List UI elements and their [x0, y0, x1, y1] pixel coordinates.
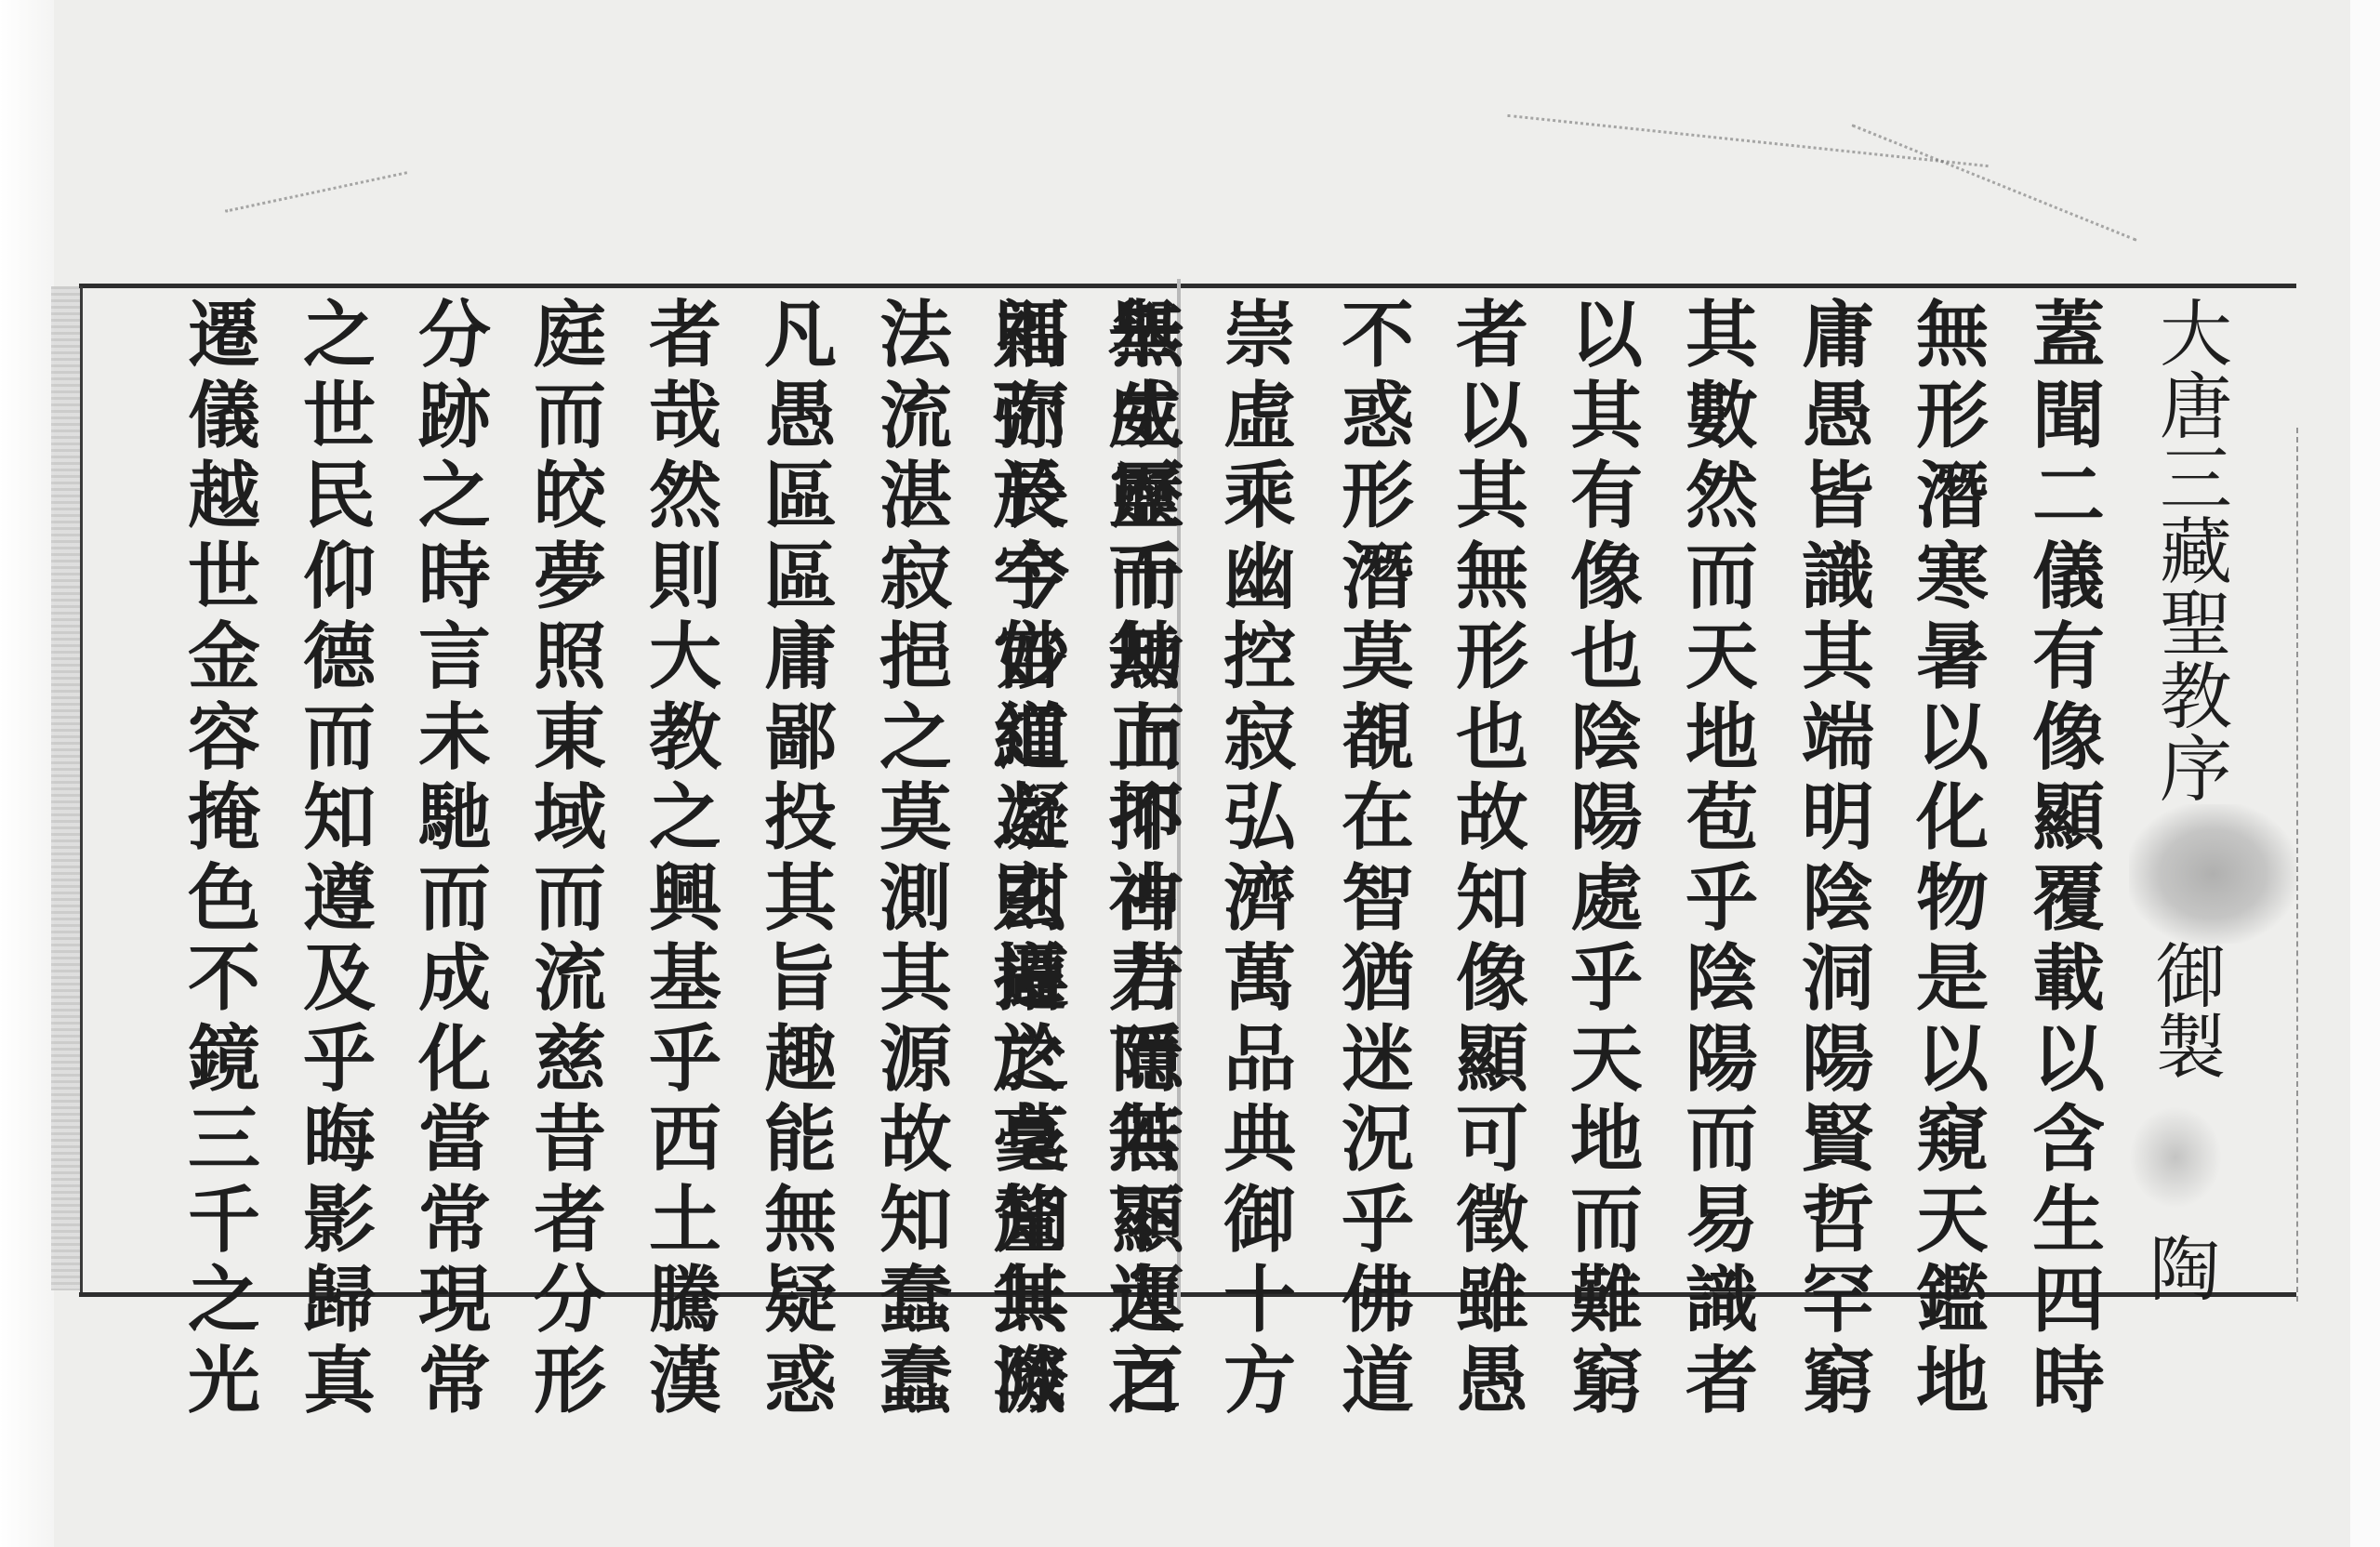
character-glyph: 千 [178, 1181, 271, 1262]
character-glyph: 道 [1331, 1342, 1424, 1422]
character-glyph: 馳 [408, 778, 501, 859]
character-glyph: 形 [523, 1342, 616, 1422]
character-glyph: 幽 [1213, 537, 1306, 618]
character-glyph: 雖 [1446, 1261, 1539, 1342]
text-column-13: 法流湛寂挹之莫測其源故知蠢蠢 [865, 296, 967, 1421]
text-column-2: 無形潛寒暑以化物是以窺天鑑地 [1901, 296, 2003, 1421]
character-glyph: 知 [293, 778, 386, 859]
character-glyph: 窮 [1792, 1342, 1884, 1422]
character-glyph: 今 [986, 537, 1079, 618]
text-column-15: 者哉然則大教之興基乎西土騰漢 [634, 296, 736, 1421]
title-column: 大唐三藏聖教序 [2132, 296, 2234, 803]
frame-left-band [51, 286, 81, 1290]
character-glyph: 哉 [639, 377, 732, 457]
character-glyph: 鄙 [754, 698, 847, 779]
character-glyph: 故 [1446, 778, 1539, 859]
character-glyph: 漢 [639, 1342, 732, 1422]
character-glyph: 昔 [523, 1100, 616, 1181]
character-glyph: 然 [639, 456, 732, 537]
character-glyph: 徵 [1446, 1181, 1539, 1262]
character-glyph: 言 [408, 617, 501, 698]
character-glyph: 仰 [293, 537, 386, 618]
text-column-1: 蓋聞二儀有像顯覆載以含生四時 [2017, 296, 2120, 1421]
character-glyph: 其 [986, 1261, 1079, 1342]
character-glyph: 以 [1446, 377, 1539, 457]
character-glyph: 生 [2022, 1181, 2115, 1262]
character-glyph: 皆 [1792, 456, 1884, 537]
character-glyph: 佛 [1331, 1261, 1424, 1342]
character-glyph: 寂 [1213, 698, 1306, 779]
character-glyph: 智 [1331, 859, 1424, 940]
character-glyph: 乎 [1675, 859, 1768, 940]
character-glyph: 識 [1792, 537, 1884, 618]
character-glyph: 百 [1102, 1342, 1195, 1422]
character-glyph: 莫 [869, 778, 962, 859]
character-glyph: 乎 [639, 1020, 732, 1101]
character-glyph: 若 [1102, 939, 1195, 1020]
character-glyph: 挹 [869, 617, 962, 698]
character-glyph: 端 [1792, 698, 1884, 779]
character-glyph: 福 [986, 296, 1079, 377]
character-glyph: 有 [1560, 456, 1653, 537]
column-text: 崇虛乘幽控寂弘濟萬品典御十方 [1213, 296, 1306, 1421]
character-glyph: 御 [1213, 1181, 1306, 1262]
character-glyph: 陽 [1560, 778, 1653, 859]
character-glyph: 有 [2022, 617, 2115, 698]
character-glyph: 照 [523, 617, 616, 698]
text-column-14: 凡愚區區庸鄙投其旨趣能無疑惑 [749, 296, 852, 1421]
text-column-5: 以其有像也陰陽處乎天地而難窮 [1555, 296, 1658, 1421]
character-glyph: 明 [1792, 778, 1884, 859]
character-glyph: 區 [754, 456, 847, 537]
column-text: 福而長今妙道凝玄遵之莫知其際 [986, 296, 1079, 1421]
character-glyph: 惑 [1331, 377, 1424, 457]
character-glyph: 而 [523, 377, 616, 457]
character-glyph: 以 [1560, 296, 1653, 377]
character-glyph: 惑 [754, 1342, 847, 1422]
character-glyph: 其 [1792, 617, 1884, 698]
character-glyph: 窺 [1906, 1100, 1999, 1181]
character-glyph: 以 [1906, 1020, 1999, 1101]
character-glyph: 騰 [639, 1261, 732, 1342]
character-glyph: 蠢 [869, 1261, 962, 1342]
text-column-8: 崇虛乘幽控寂弘濟萬品典御十方 [1209, 296, 1311, 1421]
character-glyph: 莫 [986, 1100, 1079, 1181]
character-glyph: 二 [2022, 456, 2115, 537]
character-glyph: 流 [869, 377, 962, 457]
character-glyph: 歸 [293, 1261, 386, 1342]
character-glyph: 古 [1102, 859, 1195, 940]
column-text: 無形潛寒暑以化物是以窺天鑑地 [1906, 296, 1999, 1421]
character-glyph: 處 [1560, 859, 1653, 940]
character-glyph: 掩 [178, 778, 271, 859]
character-glyph: 不 [178, 939, 271, 1020]
text-column-7: 不惑形潛莫覩在智猶迷況乎佛道 [1327, 296, 1429, 1421]
character-glyph: 乘 [1213, 456, 1306, 537]
character-glyph: 流 [523, 939, 616, 1020]
column-text: 凡愚區區庸鄙投其旨趣能無疑惑 [754, 296, 847, 1421]
character-glyph: 晦 [293, 1100, 386, 1181]
column-text: 無生歷千劫而不古若隱若顯運百 [1102, 296, 1195, 1421]
character-glyph: 形 [1331, 456, 1424, 537]
character-glyph: 陰 [1675, 939, 1768, 1020]
character-glyph: 物 [1906, 859, 1999, 940]
character-glyph: 聞 [2022, 377, 2115, 457]
character-glyph: 法 [869, 296, 962, 377]
character-glyph: 像 [1446, 939, 1539, 1020]
character-glyph: 陰 [1792, 859, 1884, 940]
character-glyph: 者 [523, 1181, 616, 1262]
character-glyph: 儀 [178, 377, 271, 457]
character-glyph: 無 [754, 1181, 847, 1262]
character-glyph: 德 [293, 617, 386, 698]
seal-smudge [2129, 804, 2296, 944]
character-glyph: 常 [408, 1181, 501, 1262]
text-column-3: 庸愚皆識其端明陰洞陽賢哲罕窮 [1787, 296, 1889, 1421]
character-glyph: 鏡 [178, 1020, 271, 1101]
character-glyph: 民 [293, 456, 386, 537]
character-glyph: 天 [1560, 1020, 1653, 1101]
character-glyph: 蓋 [2022, 296, 2115, 377]
character-glyph: 顯 [1446, 1020, 1539, 1101]
character-glyph: 陽 [1675, 1020, 1768, 1101]
character-glyph: 而 [523, 859, 616, 940]
character-glyph: 源 [869, 1020, 962, 1101]
character-glyph: 影 [293, 1181, 386, 1262]
character-glyph: 乎 [1331, 1181, 1424, 1262]
character-glyph: 覩 [1331, 698, 1424, 779]
character-glyph: 儀 [2022, 537, 2115, 618]
character-glyph: 萬 [1213, 939, 1306, 1020]
character-glyph: 以 [1906, 698, 1999, 779]
character-glyph: 化 [1906, 778, 1999, 859]
character-glyph: 天 [1906, 1181, 1999, 1262]
character-glyph: 數 [1675, 377, 1768, 457]
column-text: 其數然而天地苞乎陰陽而易識者 [1675, 296, 1768, 1421]
character-glyph: 土 [639, 1181, 732, 1262]
character-glyph: 光 [178, 1342, 271, 1422]
character-glyph: 測 [869, 859, 962, 940]
character-glyph: 旨 [754, 939, 847, 1020]
column-text: 法流湛寂挹之莫測其源故知蠢蠢 [869, 296, 962, 1421]
column-text: 者哉然則大教之興基乎西土騰漢 [639, 296, 732, 1421]
character-glyph: 夢 [523, 537, 616, 618]
character-glyph: 妙 [986, 617, 1079, 698]
character-glyph: 含 [2022, 1100, 2115, 1181]
character-glyph: 地 [1560, 1100, 1653, 1181]
character-glyph: 越 [178, 456, 271, 537]
character-glyph: 其 [754, 859, 847, 940]
character-glyph: 況 [1331, 1100, 1424, 1181]
character-glyph: 成 [408, 939, 501, 1020]
character-glyph: 可 [1446, 1100, 1539, 1181]
character-glyph: 窮 [1560, 1342, 1653, 1422]
character-glyph: 無 [1102, 296, 1195, 377]
character-glyph: 崇 [1213, 296, 1306, 377]
character-glyph: 若 [1102, 1100, 1195, 1181]
character-glyph: 品 [1213, 1020, 1306, 1101]
character-glyph: 地 [1906, 1342, 1999, 1422]
character-glyph: 運 [1102, 1261, 1195, 1342]
character-glyph: 以 [2022, 1020, 2115, 1101]
character-glyph: 慈 [523, 1020, 616, 1101]
character-glyph: 天 [1675, 617, 1768, 698]
character-glyph: 虛 [1213, 377, 1306, 457]
character-glyph: 在 [1331, 778, 1424, 859]
character-glyph: 顯 [1102, 1181, 1195, 1262]
character-glyph: 大 [639, 617, 732, 698]
text-column-12: 福而長今妙道凝玄遵之莫知其際 [982, 296, 1084, 1421]
character-glyph: 東 [523, 698, 616, 779]
character-glyph: 覆 [2022, 859, 2115, 940]
character-glyph: 色 [178, 859, 271, 940]
character-glyph: 生 [1102, 377, 1195, 457]
character-glyph: 而 [1102, 698, 1195, 779]
carver-mark: 陶 [2138, 1213, 2231, 1315]
character-glyph: 未 [408, 698, 501, 779]
character-glyph: 之 [639, 778, 732, 859]
character-glyph: 西 [639, 1100, 732, 1181]
character-glyph: 域 [523, 778, 616, 859]
character-glyph: 而 [293, 698, 386, 779]
column-text: 者以其無形也故知像顯可徵雖愚 [1446, 296, 1539, 1421]
character-glyph: 載 [2022, 939, 2115, 1020]
character-glyph: 方 [1213, 1342, 1306, 1422]
character-glyph: 千 [1102, 537, 1195, 618]
character-glyph: 其 [869, 939, 962, 1020]
character-glyph: 控 [1213, 617, 1306, 698]
character-glyph: 愚 [754, 377, 847, 457]
character-glyph: 而 [1560, 1181, 1653, 1262]
character-glyph: 然 [1675, 456, 1768, 537]
character-glyph: 寒 [1906, 537, 1999, 618]
character-glyph: 無 [1906, 296, 1999, 377]
frame-left-rule [80, 286, 83, 1292]
character-glyph: 其 [1560, 377, 1653, 457]
character-glyph: 世 [293, 377, 386, 457]
column-text: 分跡之時言未馳而成化當常現常 [408, 296, 501, 1421]
column-text: 庸愚皆識其端明陰洞陽賢哲罕窮 [1792, 296, 1884, 1421]
character-glyph: 莫 [1331, 617, 1424, 698]
character-glyph: 跡 [408, 377, 501, 457]
character-glyph: 庸 [1792, 296, 1884, 377]
character-glyph: 乎 [1560, 939, 1653, 1020]
character-glyph: 賢 [1792, 1100, 1884, 1181]
character-glyph: 區 [754, 537, 847, 618]
character-glyph: 遷 [178, 296, 271, 377]
character-glyph: 無 [1446, 537, 1539, 618]
column-text: 遷儀越世金容掩色不鏡三千之光 [178, 296, 271, 1421]
character-glyph: 世 [178, 537, 271, 618]
character-glyph: 道 [986, 698, 1079, 779]
character-glyph: 之 [293, 296, 386, 377]
character-glyph: 現 [408, 1261, 501, 1342]
character-glyph: 興 [639, 859, 732, 940]
author-mark: 御製 [2138, 939, 2231, 1080]
character-glyph: 弘 [1213, 778, 1306, 859]
character-glyph: 遵 [986, 939, 1079, 1020]
character-glyph: 潛 [1906, 456, 1999, 537]
text-column-16: 庭而皎夢照東域而流慈昔者分形 [519, 296, 621, 1421]
character-glyph: 知 [869, 1181, 962, 1262]
character-glyph: 易 [1675, 1181, 1768, 1262]
character-glyph: 玄 [986, 859, 1079, 940]
character-glyph: 故 [869, 1100, 962, 1181]
frame-right-rule [2296, 428, 2300, 1302]
character-glyph: 能 [754, 1100, 847, 1181]
character-glyph: 之 [869, 698, 962, 779]
column-text: 之世民仰德而知遵及乎晦影歸真 [293, 296, 386, 1421]
character-glyph: 金 [178, 617, 271, 698]
character-glyph: 皎 [523, 456, 616, 537]
character-glyph: 知 [1446, 859, 1539, 940]
character-glyph: 基 [639, 939, 732, 1020]
character-glyph: 時 [408, 537, 501, 618]
scan-right-margin [2350, 0, 2380, 1547]
character-glyph: 潛 [1331, 537, 1424, 618]
character-glyph: 而 [408, 859, 501, 940]
character-glyph: 則 [639, 537, 732, 618]
character-glyph: 不 [1102, 778, 1195, 859]
character-glyph: 凝 [986, 778, 1079, 859]
character-glyph: 庭 [523, 296, 616, 377]
character-glyph: 而 [986, 377, 1079, 457]
character-glyph: 時 [2022, 1342, 2115, 1422]
scan-left-margin [0, 0, 54, 1547]
character-glyph: 湛 [869, 456, 962, 537]
character-glyph: 之 [408, 456, 501, 537]
character-glyph: 分 [408, 296, 501, 377]
character-glyph: 際 [986, 1342, 1079, 1422]
character-glyph: 而 [1675, 537, 1768, 618]
character-glyph: 分 [523, 1261, 616, 1342]
column-text: 蓋聞二儀有像顯覆載以含生四時 [2022, 296, 2115, 1421]
column-text: 不惑形潛莫覩在智猶迷況乎佛道 [1331, 296, 1424, 1421]
character-glyph: 罕 [1792, 1261, 1884, 1342]
character-glyph: 乎 [293, 1020, 386, 1101]
seal-smudge [2129, 1106, 2222, 1209]
character-glyph: 苞 [1675, 778, 1768, 859]
character-glyph: 像 [1560, 537, 1653, 618]
character-glyph: 容 [178, 698, 271, 779]
character-glyph: 寂 [869, 537, 962, 618]
character-glyph: 遵 [293, 859, 386, 940]
character-glyph: 洞 [1792, 939, 1884, 1020]
character-glyph: 化 [408, 1020, 501, 1101]
character-glyph: 疑 [754, 1261, 847, 1342]
character-glyph: 猶 [1331, 939, 1424, 1020]
character-glyph: 隱 [1102, 1020, 1195, 1101]
character-glyph: 愚 [1792, 377, 1884, 457]
character-glyph: 投 [754, 778, 847, 859]
character-glyph: 之 [178, 1261, 271, 1342]
character-glyph: 識 [1675, 1261, 1768, 1342]
character-glyph: 長 [986, 456, 1079, 537]
text-column-4: 其數然而天地苞乎陰陽而易識者 [1671, 296, 1773, 1421]
character-glyph: 而 [1675, 1100, 1768, 1181]
character-glyph: 形 [1906, 377, 1999, 457]
character-glyph: 三 [178, 1100, 271, 1181]
character-glyph: 者 [639, 296, 732, 377]
character-glyph: 其 [1675, 296, 1768, 377]
text-column-17: 分跡之時言未馳而成化當常現常 [403, 296, 506, 1421]
character-glyph: 之 [986, 1020, 1079, 1101]
character-glyph: 知 [986, 1181, 1079, 1262]
character-glyph: 像 [2022, 698, 2115, 779]
character-glyph: 凡 [754, 296, 847, 377]
document-title: 大唐三藏聖教序 [2136, 296, 2229, 803]
character-glyph: 哲 [1792, 1181, 1884, 1262]
column-text: 庭而皎夢照東域而流慈昔者分形 [523, 296, 616, 1421]
character-glyph: 歷 [1102, 456, 1195, 537]
character-glyph: 趣 [754, 1020, 847, 1101]
character-glyph: 劫 [1102, 617, 1195, 698]
character-glyph: 當 [408, 1100, 501, 1181]
character-glyph: 陰 [1560, 698, 1653, 779]
character-glyph: 愚 [1446, 1342, 1539, 1422]
character-glyph: 難 [1560, 1261, 1653, 1342]
character-glyph: 也 [1560, 617, 1653, 698]
character-glyph: 鑑 [1906, 1261, 1999, 1342]
character-glyph: 及 [293, 939, 386, 1020]
character-glyph: 常 [408, 1342, 501, 1422]
character-glyph: 不 [1331, 296, 1424, 377]
column-text: 以其有像也陰陽處乎天地而難窮 [1560, 296, 1653, 1421]
character-glyph: 陽 [1792, 1020, 1884, 1101]
character-glyph: 蠢 [869, 1342, 962, 1422]
character-glyph: 四 [2022, 1261, 2115, 1342]
character-glyph: 其 [1446, 456, 1539, 537]
character-glyph: 地 [1675, 698, 1768, 779]
character-glyph: 迷 [1331, 1020, 1424, 1101]
character-glyph: 典 [1213, 1100, 1306, 1181]
character-glyph: 教 [639, 698, 732, 779]
text-column-19: 遷儀越世金容掩色不鏡三千之光 [173, 296, 275, 1421]
character-glyph: 真 [293, 1342, 386, 1422]
character-glyph: 者 [1675, 1342, 1768, 1422]
character-glyph: 暑 [1906, 617, 1999, 698]
character-glyph: 者 [1446, 296, 1539, 377]
character-glyph: 是 [1906, 939, 1999, 1020]
character-glyph: 庸 [754, 617, 847, 698]
text-column-6: 者以其無形也故知像顯可徵雖愚 [1441, 296, 1543, 1421]
character-glyph: 也 [1446, 698, 1539, 779]
text-column-18: 之世民仰德而知遵及乎晦影歸真 [288, 296, 390, 1421]
character-glyph: 濟 [1213, 859, 1306, 940]
character-glyph: 十 [1213, 1261, 1306, 1342]
character-glyph: 形 [1446, 617, 1539, 698]
text-column-11: 無生歷千劫而不古若隱若顯運百 [1097, 296, 1199, 1421]
character-glyph: 顯 [2022, 778, 2115, 859]
